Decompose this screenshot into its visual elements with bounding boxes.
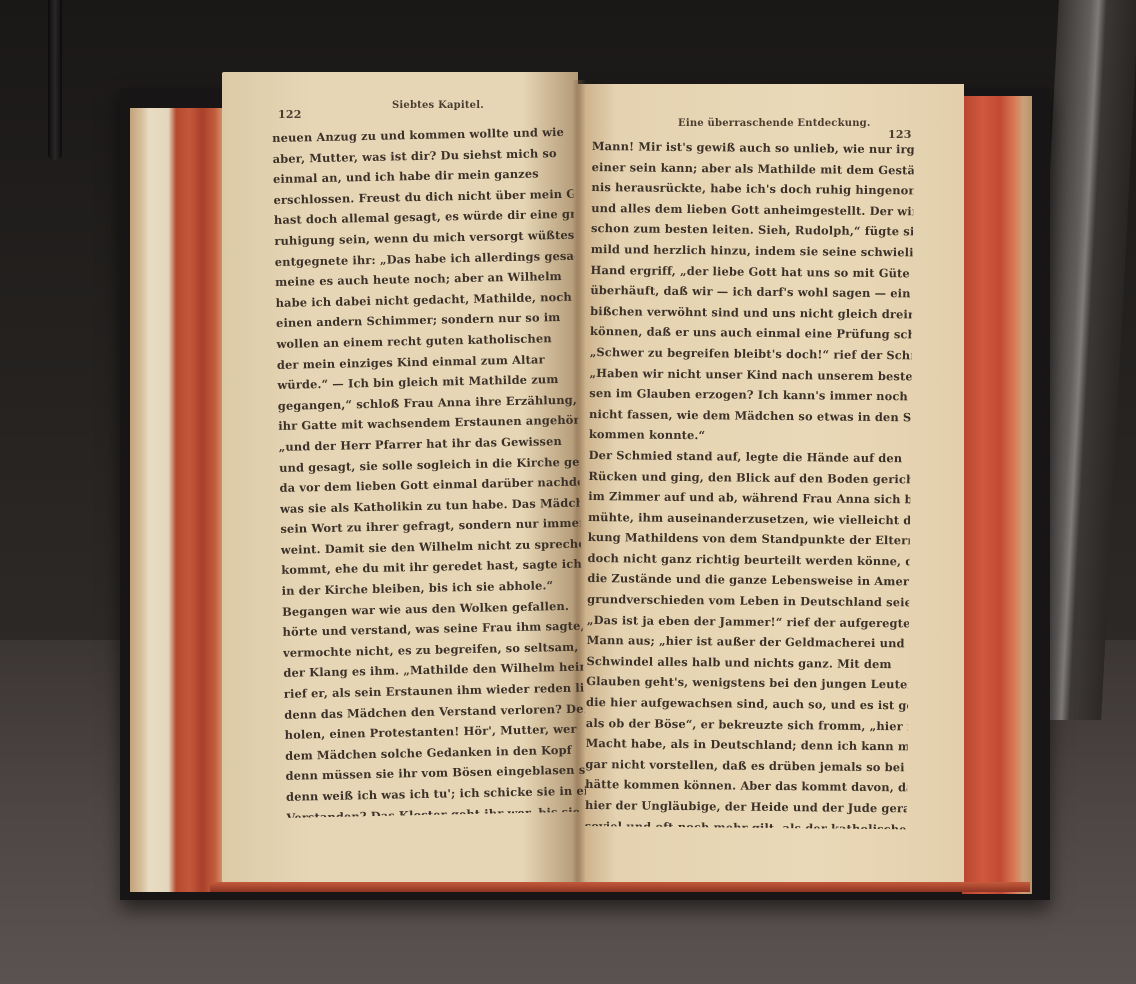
text-line: sen im Glauben erzogen? Ich kann's immer…	[589, 383, 911, 407]
text-line: im Zimmer auf und ab, während Frau Anna …	[588, 486, 910, 510]
right-page-text: Mann! Mir ist's gewiß auch so unlieb, wi…	[585, 136, 914, 829]
right-page-edges	[962, 96, 1032, 894]
text-line: mild und herzlich hinzu, indem sie seine…	[591, 239, 913, 263]
pen-object	[48, 0, 62, 160]
text-line: Der Schmied stand auf, legte die Hände a…	[589, 445, 911, 469]
text-line: Mann! Mir ist's gewiß auch so unlieb, wi…	[592, 136, 914, 160]
left-running-head: Siebtes Kapitel.	[392, 100, 484, 111]
text-line: „Schwer zu begreifen bleibt's doch!“ rie…	[590, 342, 912, 366]
text-line: hier der Ungläubige, der Heide und der J…	[585, 795, 907, 819]
left-page-edges	[130, 108, 226, 892]
right-running-head: Eine überraschende Entdeckung.	[678, 118, 871, 129]
text-line: die hier aufgewachsen sind, auch so, und…	[586, 692, 908, 716]
bottom-page-edge	[210, 882, 1030, 892]
left-page-number: 122	[278, 108, 302, 121]
left-page-text: neuen Anzug zu und kommen wollte und wie…	[272, 122, 586, 818]
text-line: grundverschieden vom Leben in Deutschlan…	[587, 589, 909, 613]
